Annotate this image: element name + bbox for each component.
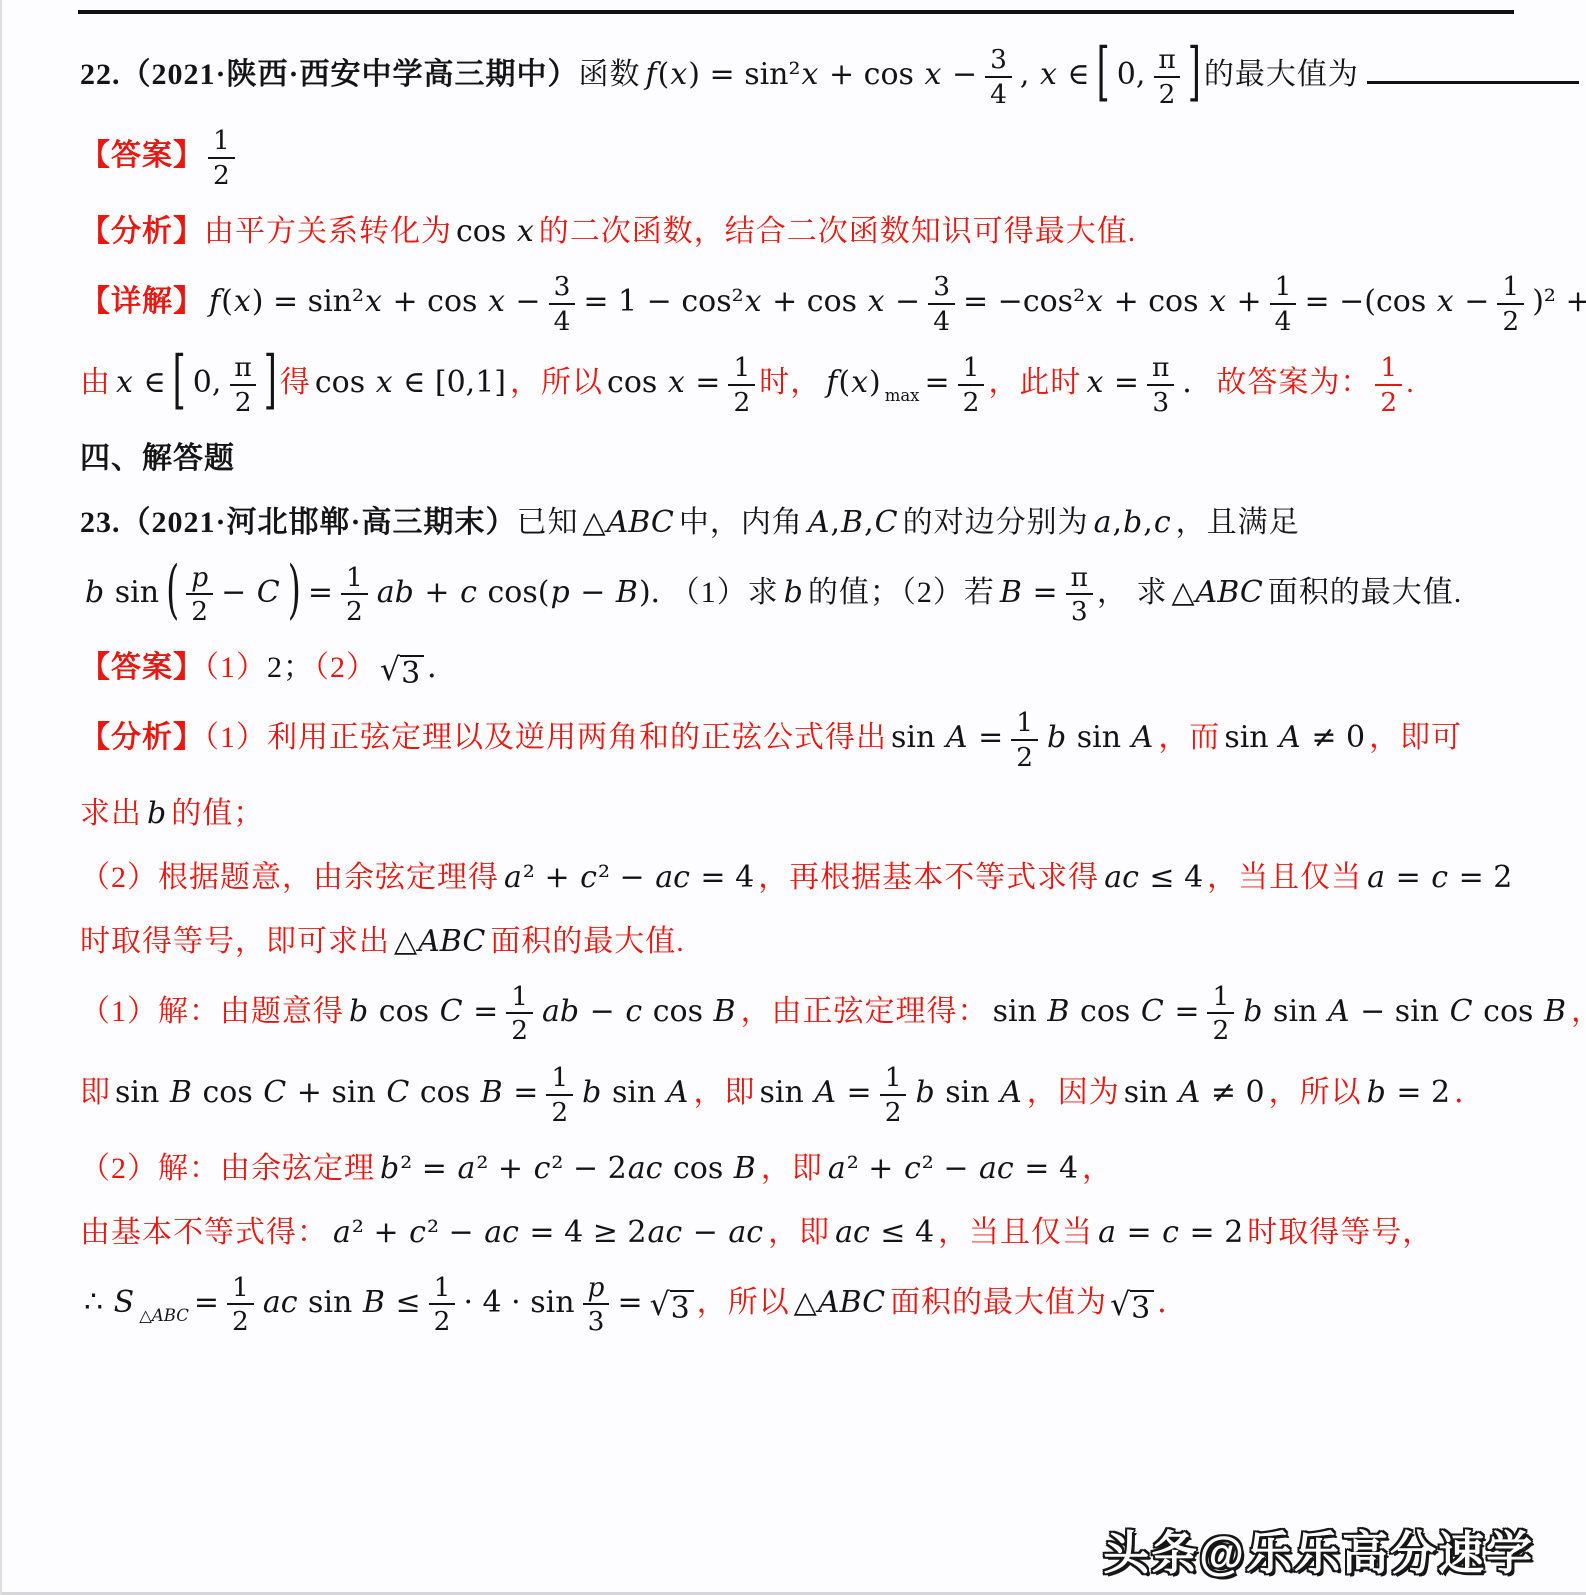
text-run: 的值；（2）若 bbox=[808, 576, 995, 609]
big-bracket: [ bbox=[173, 333, 186, 429]
fraction-numerator: 1 bbox=[728, 354, 755, 384]
math-run: = −(cos x − bbox=[1304, 284, 1489, 319]
math-run: △ABC bbox=[1171, 575, 1263, 610]
text-run: ，所以 bbox=[1269, 1076, 1362, 1109]
fraction-numerator: 3 bbox=[928, 273, 955, 303]
math-run: = bbox=[308, 575, 333, 610]
math-run: sin B cos C + sin C cos B = bbox=[115, 1075, 538, 1110]
math-run: = 1 − cos²x + cos x − bbox=[583, 284, 920, 319]
fraction: 12 bbox=[1375, 354, 1402, 416]
fraction-numerator: 1 bbox=[958, 354, 985, 384]
fraction-denominator: 2 bbox=[1207, 1012, 1234, 1045]
fraction-numerator: 1 bbox=[341, 564, 368, 594]
text-run: ，且满足 bbox=[1176, 506, 1300, 539]
q23-part2-line-1: （2）解：由余弦定理b² = a² + c² − 2ac cos B，即a² +… bbox=[80, 1146, 1524, 1191]
math-run: a = c = 2 bbox=[1366, 860, 1512, 895]
math-run: ac ≤ 4 bbox=[1103, 860, 1203, 895]
text-run: 时取得等号， bbox=[1247, 1216, 1433, 1249]
fraction: 34 bbox=[549, 273, 576, 335]
text-run: 面积的最大值为 bbox=[890, 1286, 1107, 1319]
math-run: a² + c² − ac = 4 bbox=[503, 860, 754, 895]
fraction-denominator: 2 bbox=[958, 384, 985, 417]
fraction-numerator: 3 bbox=[985, 46, 1012, 76]
fraction-denominator: 2 bbox=[186, 593, 213, 626]
fraction-numerator: p bbox=[186, 564, 213, 594]
text-run: 22.（2021·陕西·西安中学高三期中） bbox=[80, 58, 579, 91]
fraction-numerator: 1 bbox=[208, 127, 235, 157]
fraction: 12 bbox=[1207, 983, 1234, 1045]
text-run: （1）解：由题意得 bbox=[80, 995, 344, 1028]
math-run: sin A = bbox=[759, 1075, 871, 1110]
fraction-numerator: 1 bbox=[546, 1064, 573, 1094]
math-run: = bbox=[617, 1285, 642, 1320]
math-run: )² + bbox=[1532, 284, 1586, 319]
math-run: a² + c² − ac = 4 bbox=[827, 1151, 1078, 1186]
fraction: 12 bbox=[546, 1064, 573, 1126]
math-run: b sin bbox=[84, 575, 159, 610]
fraction: p3 bbox=[583, 1274, 610, 1336]
math-run: sin A ≠ 0 bbox=[1224, 720, 1365, 755]
text-run: ，由正弦定理得： bbox=[741, 995, 989, 1028]
fraction-denominator: 2 bbox=[1375, 384, 1402, 417]
big-bracket: [ bbox=[1097, 25, 1110, 121]
text-run: （2）根据题意，由余弦定理得 bbox=[80, 861, 499, 894]
fraction-numerator: 1 bbox=[429, 1274, 456, 1304]
text-run: ，此时 bbox=[988, 366, 1081, 399]
fraction-denominator: 4 bbox=[928, 303, 955, 336]
fraction: 12 bbox=[227, 1274, 254, 1336]
text-run: 即 bbox=[80, 1076, 111, 1109]
text-run: ， 求 bbox=[1097, 576, 1168, 609]
text-run: ，因为 bbox=[1027, 1076, 1120, 1109]
fraction-numerator: 1 bbox=[1207, 983, 1234, 1013]
math-run: b sin A bbox=[1046, 720, 1154, 755]
math-run: A,B,C bbox=[807, 505, 899, 540]
fraction-denominator: 2 bbox=[1154, 76, 1181, 109]
q23-part2-line-2: 由基本不等式得：a² + c² − ac = 4 ≥ 2ac − ac，即ac … bbox=[80, 1210, 1524, 1255]
math-run: b bbox=[146, 796, 167, 831]
fraction-denominator: 2 bbox=[506, 1012, 533, 1045]
answer-label: 【答案】 bbox=[80, 651, 204, 684]
text-run: . bbox=[1406, 366, 1415, 399]
fraction-denominator: 2 bbox=[230, 384, 257, 417]
answer-label: 【详解】 bbox=[80, 285, 204, 318]
fraction-numerator: 1 bbox=[1011, 709, 1038, 739]
text-run: 23.（2021·河北邯郸·高三期末） bbox=[80, 506, 517, 539]
fraction: 14 bbox=[1270, 273, 1297, 335]
answer-label: 【分析】 bbox=[80, 721, 204, 754]
sqrt-expression: √3 bbox=[1110, 1290, 1154, 1324]
math-run: cos x = bbox=[607, 365, 720, 400]
fraction-denominator: 3 bbox=[1147, 384, 1174, 417]
text-run: 求出 bbox=[80, 797, 142, 830]
math-run: b sin A bbox=[914, 1075, 1022, 1110]
fraction-numerator: π bbox=[1153, 46, 1180, 76]
math-run: sin A = bbox=[891, 720, 1003, 755]
fraction-denominator: 2 bbox=[1011, 739, 1038, 772]
q23-part1-line-1: （1）解：由题意得b cos C =12ab − c cos B，由正弦定理得：… bbox=[80, 983, 1524, 1045]
text-run: 由 bbox=[80, 366, 111, 399]
math-run: f(x) = sin²x + cos x − bbox=[208, 284, 541, 319]
math-run: ∴ S bbox=[84, 1285, 135, 1320]
text-run: ． bbox=[1157, 1286, 1188, 1319]
fraction-numerator: 1 bbox=[880, 1064, 907, 1094]
fraction: 12 bbox=[208, 127, 235, 189]
text-run: ， bbox=[1082, 1152, 1113, 1185]
math-run: x ∈ bbox=[115, 365, 166, 400]
fraction-denominator: 2 bbox=[208, 157, 235, 190]
text-run: ，即可 bbox=[1369, 721, 1462, 754]
q23-analysis-line-3: （2）根据题意，由余弦定理得a² + c² − ac = 4，再根据基本不等式求… bbox=[80, 855, 1524, 900]
radicand: 3 bbox=[670, 1290, 694, 1324]
math-run: b = 2 bbox=[1366, 1075, 1451, 1110]
math-run: ． bbox=[1182, 365, 1212, 400]
text-run: 的对边分别为 bbox=[903, 506, 1089, 539]
text-run: 的二次函数，结合二次函数知识可得最大值. bbox=[539, 215, 1137, 248]
text-run: ，即 bbox=[768, 1216, 830, 1249]
radical-sign: √ bbox=[650, 1290, 670, 1322]
fraction: 12 bbox=[1011, 709, 1038, 771]
math-run: = bbox=[194, 1285, 219, 1320]
fraction-denominator: 2 bbox=[880, 1094, 907, 1127]
text-run: 函数 bbox=[579, 58, 641, 91]
text-run: （2）解：由余弦定理 bbox=[80, 1152, 375, 1185]
big-bracket: ] bbox=[264, 333, 277, 429]
math-run: x = bbox=[1085, 365, 1139, 400]
fraction: 12 bbox=[429, 1274, 456, 1336]
fraction: 12 bbox=[958, 354, 985, 416]
text-run: 中，内角 bbox=[679, 506, 803, 539]
fraction-numerator: 1 bbox=[1270, 273, 1297, 303]
q22-analysis: 【分析】由平方关系转化为cos x的二次函数，结合二次函数知识可得最大值. bbox=[80, 209, 1524, 254]
math-subscript: max bbox=[885, 386, 920, 405]
document-body: 22.（2021·陕西·西安中学高三期中）函数f(x) = sin²x + co… bbox=[2, 0, 1586, 1336]
fraction: π2 bbox=[1153, 46, 1180, 108]
big-bracket: ] bbox=[1188, 25, 1201, 121]
text-run: （1）求 bbox=[685, 576, 779, 609]
sqrt-expression: √3 bbox=[380, 655, 424, 689]
fraction: 12 bbox=[506, 983, 533, 1045]
q23-condition: b sin(p2− C)=12ab + c cos(p − B)．（1）求b的值… bbox=[80, 564, 1524, 626]
math-run: cos x ∈ [0,1] bbox=[315, 365, 506, 400]
text-run: 得 bbox=[280, 366, 311, 399]
top-rule bbox=[78, 10, 1514, 14]
fraction: 12 bbox=[1497, 273, 1524, 335]
radical-sign: √ bbox=[1110, 1290, 1130, 1322]
text-run: ，当且仅当 bbox=[1207, 861, 1362, 894]
text-run: （2） bbox=[314, 651, 377, 684]
math-run: a,b,c bbox=[1093, 505, 1172, 540]
big-bracket: ) bbox=[288, 543, 301, 639]
math-run: b cos C = bbox=[348, 994, 498, 1029]
q22-solution-line-2: 由x ∈[0,π2]得cos x ∈ [0,1]，所以cos x =12时，f(… bbox=[80, 354, 1524, 416]
math-run: b sin A − sin C cos B bbox=[1242, 994, 1567, 1029]
math-run: = bbox=[925, 365, 950, 400]
text-run: 时， bbox=[759, 366, 821, 399]
text-run: 面积的最大值. bbox=[1268, 576, 1463, 609]
text-run: ． bbox=[427, 651, 458, 684]
fraction-denominator: 2 bbox=[1497, 303, 1524, 336]
radicand: 3 bbox=[1130, 1290, 1154, 1324]
text-run: 已知 bbox=[517, 506, 579, 539]
q23-title: 23.（2021·河北邯郸·高三期末）已知△ABC中，内角A,B,C的对边分别为… bbox=[80, 500, 1524, 545]
math-run: − C bbox=[221, 575, 281, 610]
math-run: b bbox=[783, 575, 804, 610]
sqrt-expression: √3 bbox=[650, 1290, 694, 1324]
q22-solution-line-1: 【详解】f(x) = sin²x + cos x −34= 1 − cos²x … bbox=[80, 273, 1524, 335]
math-run: sin B cos C = bbox=[993, 994, 1200, 1029]
fraction: 12 bbox=[728, 354, 755, 416]
fraction-numerator: 3 bbox=[549, 273, 576, 303]
math-run: △ABC bbox=[583, 505, 675, 540]
math-run: B = bbox=[999, 575, 1058, 610]
text-run: ，当且仅当 bbox=[938, 1216, 1093, 1249]
fraction-denominator: 2 bbox=[546, 1094, 573, 1127]
q23-analysis-line-4: 时取得等号，即可求出△ABC面积的最大值. bbox=[80, 919, 1524, 964]
math-run: sin A ≠ 0 bbox=[1124, 1075, 1265, 1110]
text-run: 由基本不等式得： bbox=[80, 1216, 328, 1249]
text-run: ，所以 bbox=[697, 1286, 790, 1319]
q23-answer: 【答案】（1）2；（2）√3． bbox=[80, 645, 1524, 690]
fraction-numerator: 1 bbox=[1497, 273, 1524, 303]
fraction-denominator: 4 bbox=[549, 303, 576, 336]
text-run: ，再根据基本不等式求得 bbox=[758, 861, 1099, 894]
math-run: , x ∈ bbox=[1020, 57, 1090, 92]
math-run: 0, bbox=[1117, 57, 1146, 92]
fraction: π3 bbox=[1066, 564, 1093, 626]
fraction-denominator: 3 bbox=[1066, 593, 1093, 626]
fraction-numerator: 1 bbox=[227, 1274, 254, 1304]
math-run: ac ≤ 4 bbox=[834, 1215, 934, 1250]
fraction-denominator: 2 bbox=[429, 1303, 456, 1336]
fraction-numerator: π bbox=[1147, 354, 1174, 384]
text-run: 的值； bbox=[171, 797, 264, 830]
q22-answer: 【答案】12 bbox=[80, 127, 1524, 189]
document-page: { "meta": { "accent_red": "#e8170f", "in… bbox=[0, 0, 1586, 1595]
math-run: f(x) bbox=[825, 365, 880, 400]
q23-part2-line-3: ∴ S△ABC=12ac sin B ≤12· 4 · sinp3=√3，所以△… bbox=[80, 1274, 1524, 1336]
math-run: b sin A bbox=[581, 1075, 689, 1110]
fraction: 34 bbox=[928, 273, 955, 335]
fraction-numerator: π bbox=[229, 354, 256, 384]
math-run: △ABC bbox=[794, 1285, 886, 1320]
text-run: 故答案为： bbox=[1216, 366, 1371, 399]
fraction-numerator: 1 bbox=[506, 983, 533, 1013]
math-run: ac sin B ≤ bbox=[262, 1285, 421, 1320]
math-subscript: △ABC bbox=[139, 1306, 189, 1325]
fraction-denominator: 3 bbox=[583, 1303, 610, 1336]
math-run: a = c = 2 bbox=[1097, 1215, 1243, 1250]
fraction-numerator: 1 bbox=[1375, 354, 1402, 384]
text-run: ，即 bbox=[761, 1152, 823, 1185]
math-run: cos x bbox=[456, 214, 535, 249]
math-run: 0, bbox=[193, 365, 222, 400]
text-run: ， bbox=[1571, 995, 1586, 1028]
text-run: 四、解答题 bbox=[80, 442, 235, 475]
fraction: π2 bbox=[229, 354, 256, 416]
text-run: （1） bbox=[204, 651, 267, 684]
fraction-denominator: 2 bbox=[227, 1303, 254, 1336]
fraction-denominator: 4 bbox=[985, 76, 1012, 109]
math-run: ab + c cos(p − B)． bbox=[376, 575, 681, 610]
text-run: 由平方关系转化为 bbox=[204, 215, 452, 248]
big-bracket: ( bbox=[166, 543, 179, 639]
math-run: a² + c² − ac = 4 ≥ 2ac − ac bbox=[332, 1215, 764, 1250]
text-run: ． bbox=[1454, 1076, 1485, 1109]
text-run: （1）利用正弦定理以及逆用两角和的正弦公式得出 bbox=[204, 721, 887, 754]
fraction: p2 bbox=[186, 564, 213, 626]
math-run: f(x) = sin²x + cos x − bbox=[645, 57, 978, 92]
fraction: 12 bbox=[341, 564, 368, 626]
math-run: ab − c cos B bbox=[541, 994, 737, 1029]
answer-label: 【答案】 bbox=[80, 140, 204, 173]
math-run: = −cos²x + cos x + bbox=[963, 284, 1262, 319]
answer-label: 【分析】 bbox=[80, 215, 204, 248]
text-run: ，而 bbox=[1158, 721, 1220, 754]
fraction: π3 bbox=[1147, 354, 1174, 416]
section-heading: 四、解答题 bbox=[80, 436, 1524, 481]
fraction-numerator: π bbox=[1066, 564, 1093, 594]
fraction: 34 bbox=[985, 46, 1012, 108]
fraction-numerator: p bbox=[583, 1274, 610, 1304]
q23-analysis-line-1: 【分析】（1）利用正弦定理以及逆用两角和的正弦公式得出sin A =12b si… bbox=[80, 709, 1524, 771]
text-run: 面积的最大值. bbox=[490, 925, 685, 958]
fraction: 12 bbox=[880, 1064, 907, 1126]
answer-blank bbox=[1367, 51, 1579, 84]
watermark: 头条@乐乐高分速学 bbox=[1103, 1517, 1534, 1583]
math-run: △ABC bbox=[394, 924, 486, 959]
fraction-denominator: 2 bbox=[341, 593, 368, 626]
math-run: · 4 · sin bbox=[463, 1285, 574, 1320]
radicand: 3 bbox=[400, 655, 424, 689]
fraction-denominator: 4 bbox=[1270, 303, 1297, 336]
text-run: 的最大值为 bbox=[1204, 58, 1359, 91]
text-run: 2； bbox=[267, 651, 314, 684]
q23-analysis-line-2: 求出b的值； bbox=[80, 791, 1524, 836]
text-run: ，即 bbox=[693, 1076, 755, 1109]
q23-part1-line-2: 即sin B cos C + sin C cos B =12b sin A，即s… bbox=[80, 1064, 1524, 1126]
q22-title: 22.（2021·陕西·西安中学高三期中）函数f(x) = sin²x + co… bbox=[80, 46, 1524, 108]
radical-sign: √ bbox=[380, 655, 400, 687]
text-run: 时取得等号，即可求出 bbox=[80, 925, 390, 958]
text-run: ，所以 bbox=[510, 366, 603, 399]
fraction-denominator: 2 bbox=[728, 384, 755, 417]
math-run: b² = a² + c² − 2ac cos B bbox=[379, 1151, 757, 1186]
